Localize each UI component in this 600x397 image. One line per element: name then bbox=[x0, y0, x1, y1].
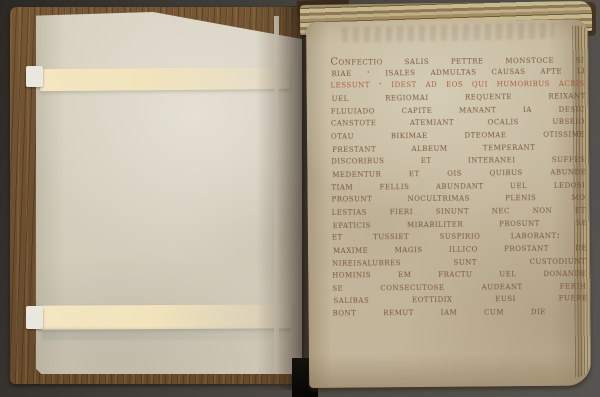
repair-strip-upper bbox=[40, 67, 290, 91]
erased-inscription-smudge bbox=[342, 23, 554, 43]
manuscript-photograph: confectio salis pettre monstoce siriae ·… bbox=[0, 0, 600, 397]
manuscript-line: bont remut iam cum die bbox=[333, 306, 546, 320]
repair-strip-lower bbox=[40, 304, 292, 329]
right-manuscript-page: confectio salis pettre monstoce siriae ·… bbox=[306, 20, 591, 388]
manuscript-text-block: confectio salis pettre monstoce siriae ·… bbox=[330, 53, 586, 321]
repair-strip-upper-tab bbox=[26, 66, 43, 87]
book-gutter-shadow bbox=[256, 6, 312, 390]
repair-strip-lower-tab bbox=[26, 306, 43, 329]
repair-strip-lower-shadow bbox=[42, 328, 290, 340]
manuscript-line: otau bikimae dteomae otissime bbox=[331, 129, 585, 144]
